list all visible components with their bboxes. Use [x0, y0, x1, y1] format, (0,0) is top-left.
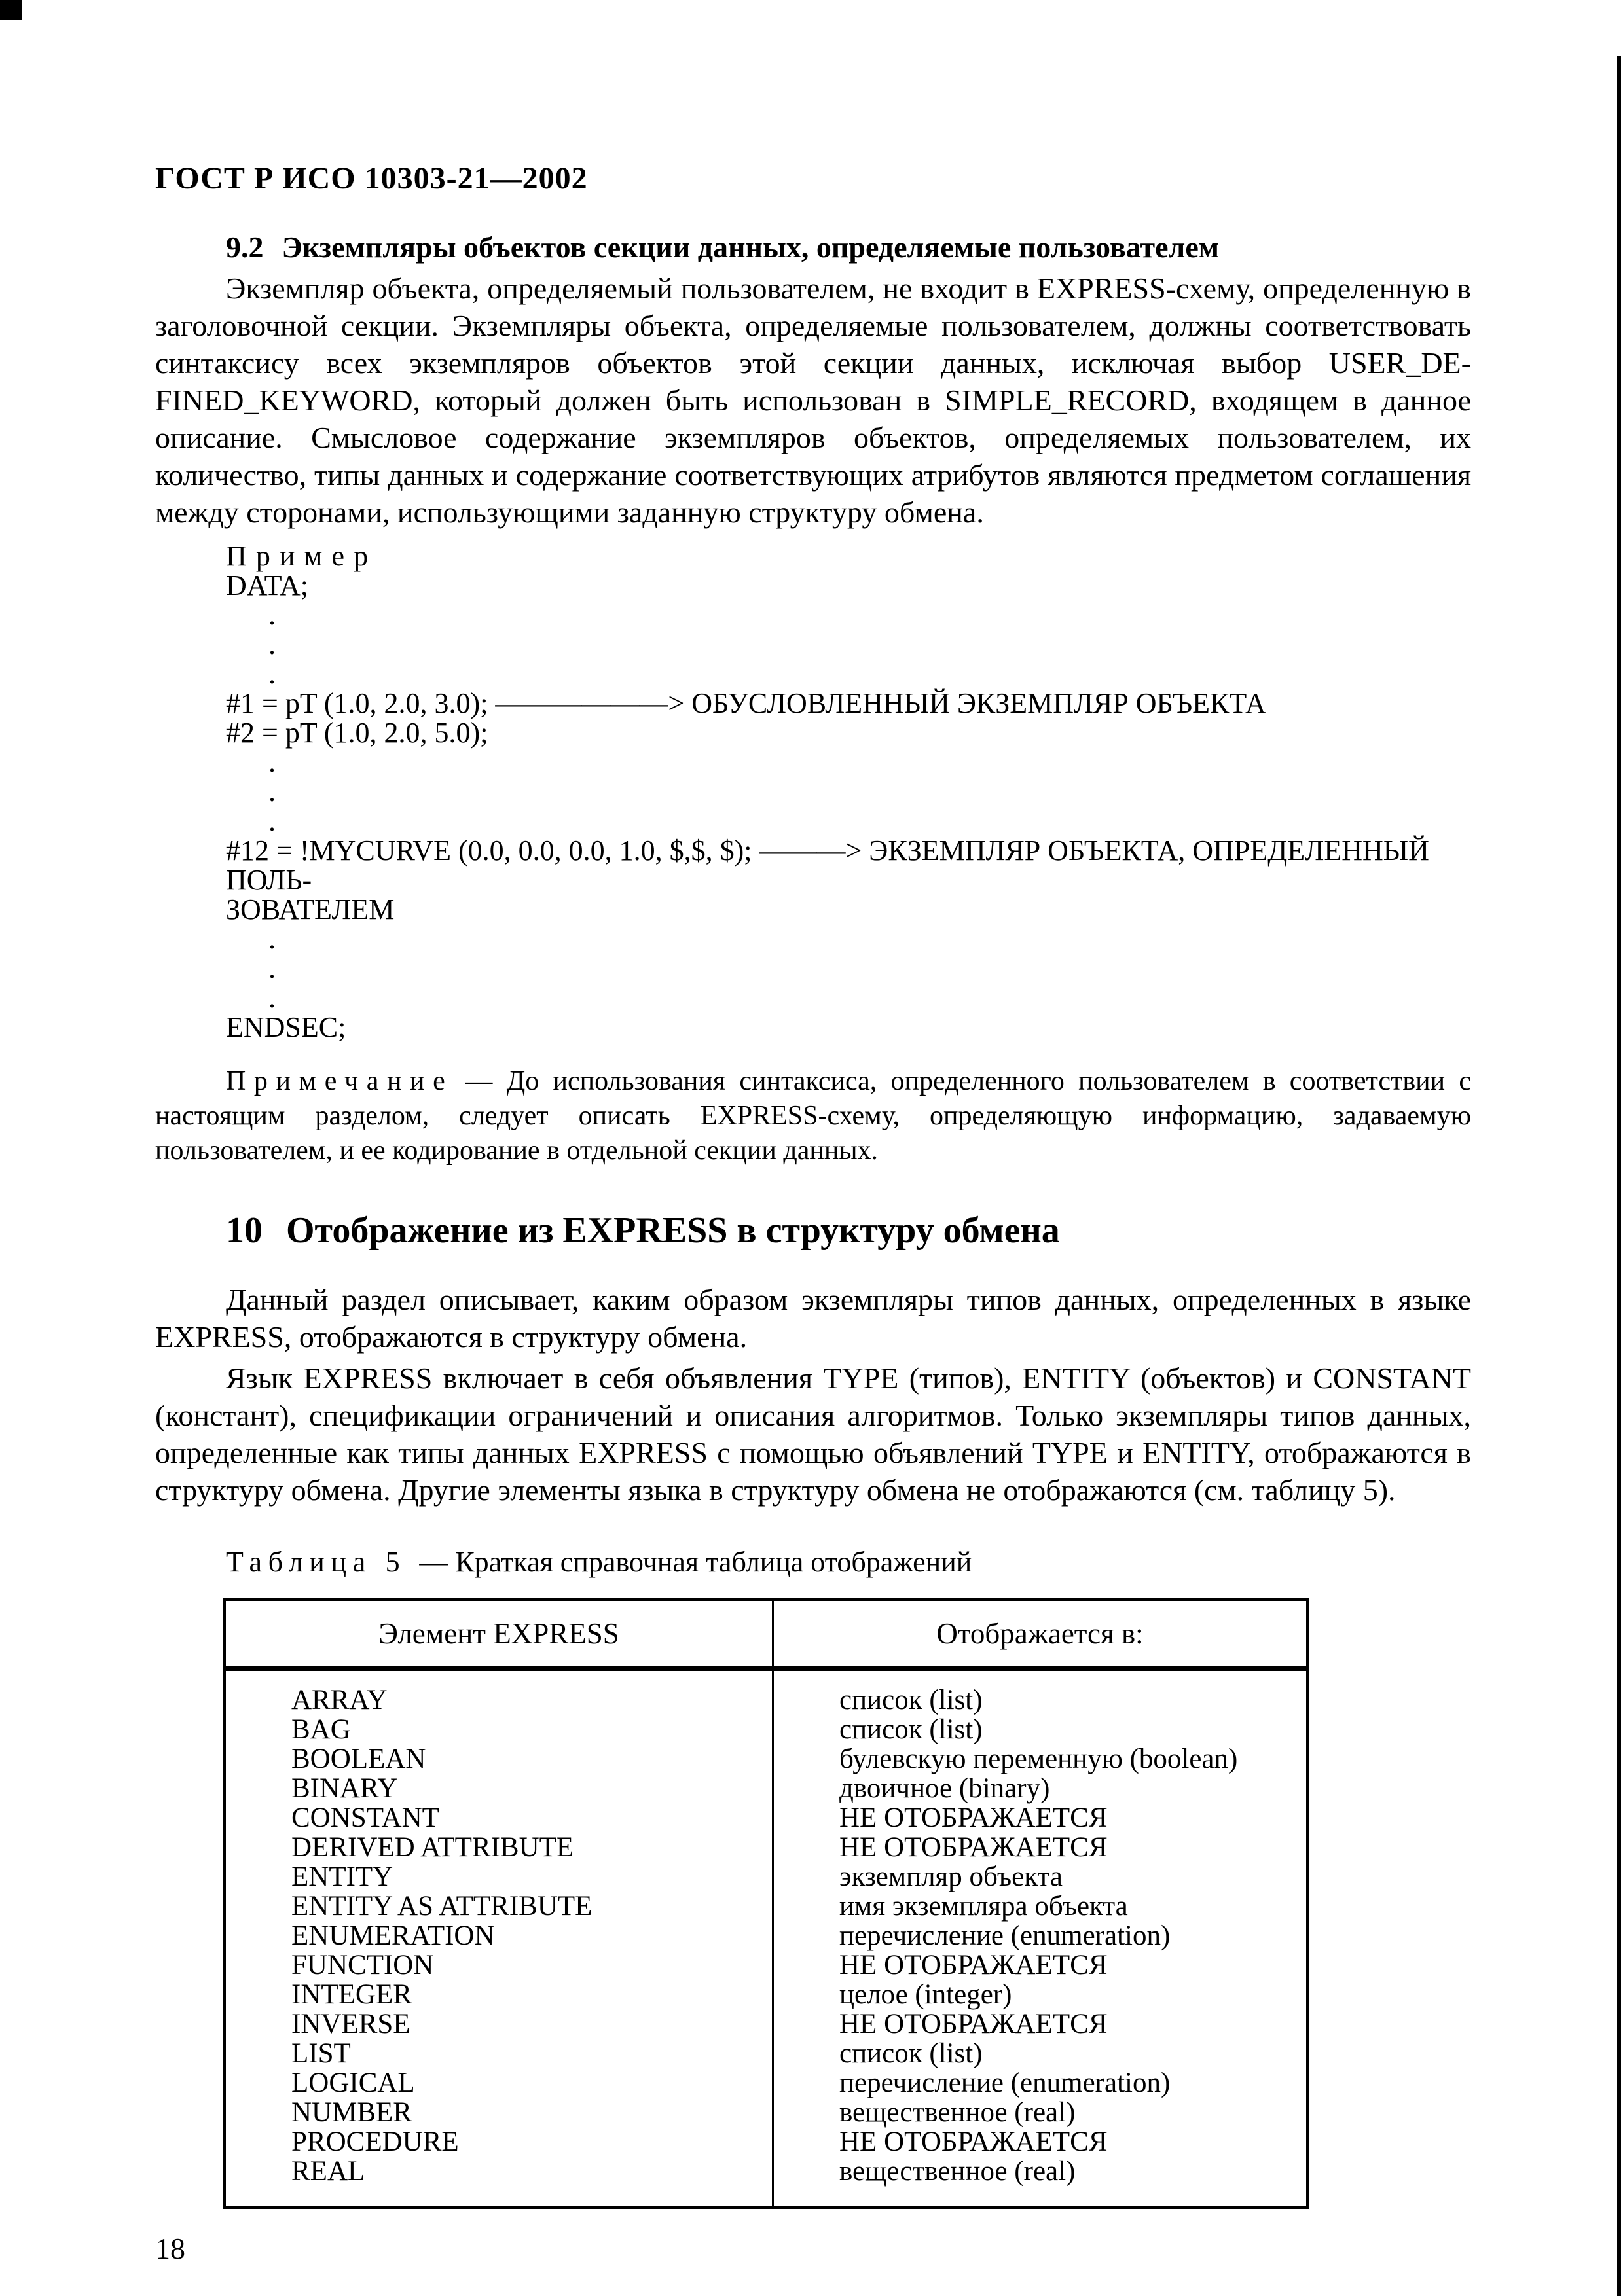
table-caption-label: Таблица 5 [226, 1546, 406, 1578]
table-cell: НЕ ОТОБРАЖАЕТСЯ [839, 1803, 1306, 1833]
code-line-dot: . [226, 600, 1471, 630]
section-9-2-heading: 9.2Экземпляры объектов секции данных, оп… [155, 229, 1471, 266]
table-cell: НЕ ОТОБРАЖАЕТСЯ [839, 1950, 1306, 1980]
code-line-dot: . [226, 806, 1471, 836]
table-column-express: ARRAY BAG BOOLEAN BINARY CONSTANT DERIVE… [226, 1671, 774, 2206]
table-column-maps-to: список (list) список (list) булевскую пе… [774, 1671, 1306, 2206]
section-10-paragraph-1: Данный раздел описывает, каким образом э… [155, 1281, 1471, 1355]
table-cell: список (list) [839, 1685, 1306, 1715]
document-page: ГОСТ Р ИСО 10303-21—2002 9.2Экземпляры о… [0, 0, 1623, 2296]
scan-artifact-right-edge [1617, 56, 1621, 2296]
table-cell: ENTITY AS ATTRIBUTE [291, 1892, 772, 1921]
code-line-dot: . [226, 747, 1471, 777]
code-line-dot: . [226, 777, 1471, 806]
code-line-instance-12: #12 = !MYCURVE (0.0, 0.0, 0.0, 1.0, $,$,… [226, 836, 1471, 895]
table-caption-text: — Краткая справочная таблица отображений [419, 1546, 972, 1578]
section-10-heading: 10Отображение из EXPRESS в структуру обм… [155, 1209, 1471, 1252]
table-caption: Таблица 5— Краткая справочная таблица от… [155, 1545, 1471, 1579]
table-cell: BAG [291, 1715, 772, 1744]
table-cell: булевскую переменную (boolean) [839, 1744, 1306, 1774]
section-9-2-number: 9.2 [226, 230, 264, 264]
table-cell: CONSTANT [291, 1803, 772, 1833]
table-cell: перечисление (enumeration) [839, 2068, 1306, 2098]
code-line-dot: . [226, 954, 1471, 983]
table-cell: BINARY [291, 1774, 772, 1803]
table-cell: ENUMERATION [291, 1921, 772, 1950]
table-cell: NUMBER [291, 2098, 772, 2127]
table-cell: список (list) [839, 2039, 1306, 2068]
table-cell: ARRAY [291, 1685, 772, 1715]
table-header-maps-to: Отображается в: [774, 1601, 1306, 1666]
table-header-row: Элемент EXPRESS Отображается в: [226, 1601, 1306, 1671]
table-cell: список (list) [839, 1715, 1306, 1744]
code-line-dot: . [226, 924, 1471, 954]
table-cell: INTEGER [291, 1980, 772, 2009]
code-line-instance-2: #2 = pT (1.0, 2.0, 5.0); [226, 718, 1471, 747]
code-line-data: DATA; [226, 571, 1471, 600]
code-line-instance-1: #1 = pT (1.0, 2.0, 3.0); ——————> ОБУСЛОВ… [226, 689, 1471, 718]
page-number: 18 [155, 2231, 1471, 2266]
example-block: Пример DATA; . . . #1 = pT (1.0, 2.0, 3.… [226, 541, 1471, 1042]
table-cell: вещественное (real) [839, 2098, 1306, 2127]
table-cell: имя экземпляра объекта [839, 1892, 1306, 1921]
table-header-express: Элемент EXPRESS [226, 1601, 774, 1666]
section-9-2-paragraph: Экземпляр объекта, определяемый пользова… [155, 270, 1471, 531]
section-9-2-title: Экземпляры объектов секции данных, опред… [282, 230, 1220, 264]
code-line-endsec: ENDSEC; [226, 1013, 1471, 1042]
table-cell: перечисление (enumeration) [839, 1921, 1306, 1950]
table-cell: REAL [291, 2157, 772, 2186]
running-head: ГОСТ Р ИСО 10303-21—2002 [155, 160, 1471, 196]
table-cell: ENTITY [291, 1862, 772, 1892]
table-cell: экземпляр объекта [839, 1862, 1306, 1892]
section-10-number: 10 [226, 1210, 263, 1251]
section-10-paragraph-2: Язык EXPRESS включает в себя объявления … [155, 1359, 1471, 1509]
table-cell: LIST [291, 2039, 772, 2068]
note-paragraph: Примечание— До использования синтаксиса,… [155, 1064, 1471, 1168]
code-line-instance-12-wrap: ЗОВАТЕЛЕМ [226, 895, 1471, 924]
table-body: ARRAY BAG BOOLEAN BINARY CONSTANT DERIVE… [226, 1671, 1306, 2206]
table-cell: LOGICAL [291, 2068, 772, 2098]
table-cell: НЕ ОТОБРАЖАЕТСЯ [839, 2127, 1306, 2157]
code-line-dot: . [226, 630, 1471, 659]
table-cell: BOOLEAN [291, 1744, 772, 1774]
section-10-title: Отображение из EXPRESS в структуру обмен… [286, 1210, 1060, 1251]
table-cell: целое (integer) [839, 1980, 1306, 2009]
mapping-table: Элемент EXPRESS Отображается в: ARRAY BA… [223, 1598, 1309, 2209]
table-cell: DERIVED ATTRIBUTE [291, 1833, 772, 1862]
code-line-dot: . [226, 659, 1471, 689]
table-cell: PROCEDURE [291, 2127, 772, 2157]
table-cell: двоичное (binary) [839, 1774, 1306, 1803]
table-cell: вещественное (real) [839, 2157, 1306, 2186]
code-line-dot: . [226, 983, 1471, 1013]
scan-artifact-corner [0, 0, 22, 20]
table-cell: НЕ ОТОБРАЖАЕТСЯ [839, 2009, 1306, 2039]
note-label: Примечание [226, 1066, 453, 1096]
table-cell: INVERSE [291, 2009, 772, 2039]
table-cell: FUNCTION [291, 1950, 772, 1980]
table-cell: НЕ ОТОБРАЖАЕТСЯ [839, 1833, 1306, 1862]
page-content: ГОСТ Р ИСО 10303-21—2002 9.2Экземпляры о… [155, 160, 1471, 2266]
example-label: Пример [226, 541, 1471, 571]
